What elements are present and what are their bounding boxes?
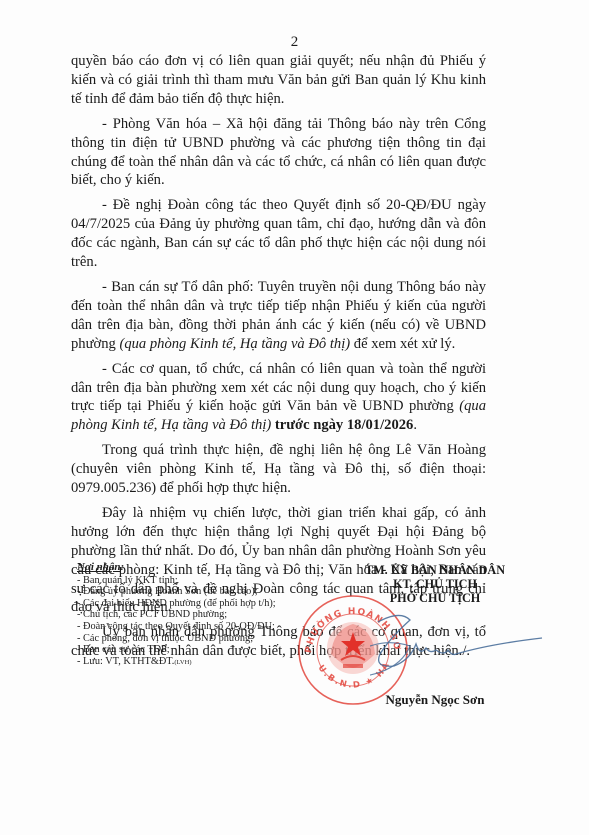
recipient-item: - Các đại biểu HĐND phường (để phối hợp … bbox=[77, 598, 307, 610]
recipients-list: Nơi nhận: - Ban quản lý KKT tỉnh; - Đảng… bbox=[77, 562, 307, 668]
paragraph-continuation: quyền báo cáo đơn vị có liên quan giải q… bbox=[71, 52, 486, 109]
paragraph-residential-group: - Ban cán sự Tổ dân phố: Tuyên truyền nộ… bbox=[71, 278, 486, 354]
paragraph-working-group: - Đề nghị Đoàn công tác theo Quyết định … bbox=[71, 196, 486, 272]
italic-note: (qua phòng Kinh tế, Hạ tầng và Đô thị) bbox=[119, 336, 350, 352]
recipients-title: Nơi nhận: bbox=[77, 562, 307, 574]
recipient-item: - Đoàn công tác theo Quyết định số 20-QĐ… bbox=[77, 621, 307, 633]
paragraph-deadline: - Các cơ quan, tổ chức, cá nhân có liên … bbox=[71, 360, 486, 436]
recipient-item: - Ban quản lý KKT tỉnh; bbox=[77, 575, 307, 587]
signature-line-2: KT. CHỦ TỊCH bbox=[330, 577, 540, 591]
paragraph-culture-office: - Phòng Văn hóa – Xã hội đăng tải Thông … bbox=[71, 115, 486, 191]
paragraph-contact: Trong quá trình thực hiện, đề nghị liên … bbox=[71, 441, 486, 498]
signature-line-1: TM. ỦY BAN NHÂN DÂN bbox=[330, 563, 540, 577]
recipient-item: - Các phòng, đơn vị thuộc UBND phường; bbox=[77, 633, 307, 645]
recipient-item: - Lưu: VT, KTHT&ĐT.(LVH) bbox=[77, 656, 307, 669]
document-page: 2 quyền báo cáo đơn vị có liên quan giải… bbox=[0, 0, 589, 835]
handwritten-signature-icon bbox=[370, 610, 550, 690]
deadline-date: trước ngày 18/01/2026 bbox=[271, 417, 413, 433]
recipient-item: - Chủ tịch, các PCT UBND phường; bbox=[77, 609, 307, 621]
recipient-item: - Đảng ủy phường Hoành Sơn (để báo cáo); bbox=[77, 586, 307, 598]
recipient-item: - Ban cán sự các TDP; bbox=[77, 644, 307, 656]
signer-name: Nguyễn Ngọc Sơn bbox=[360, 692, 510, 708]
page-number: 2 bbox=[0, 33, 589, 51]
